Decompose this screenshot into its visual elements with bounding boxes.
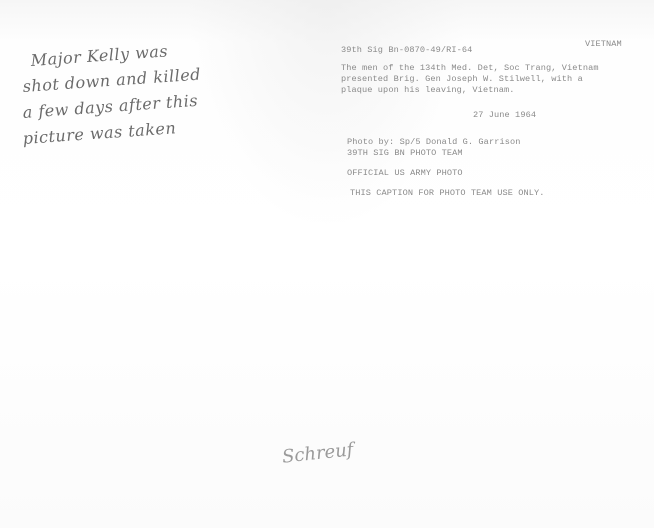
caption-notice: THIS CAPTION FOR PHOTO TEAM USE ONLY.	[350, 188, 545, 199]
caption-location-tag: VIETNAM	[585, 39, 622, 50]
caption-body-line-3: plaque upon his leaving, Vietnam.	[341, 85, 514, 96]
caption-photo-credit: Photo by: Sp/5 Donald G. Garrison	[347, 137, 520, 148]
caption-official-stamp: OFFICIAL US ARMY PHOTO	[347, 168, 463, 179]
caption-reference: 39th Sig Bn-0870-49/RI-64	[341, 45, 472, 56]
caption-body-line-1: The men of the 134th Med. Det, Soc Trang…	[341, 63, 599, 74]
caption-date: 27 June 1964	[473, 110, 536, 121]
caption-body-line-2: presented Brig. Gen Joseph W. Stilwell, …	[341, 74, 583, 85]
caption-photo-team: 39TH SIG BN PHOTO TEAM	[347, 148, 463, 159]
